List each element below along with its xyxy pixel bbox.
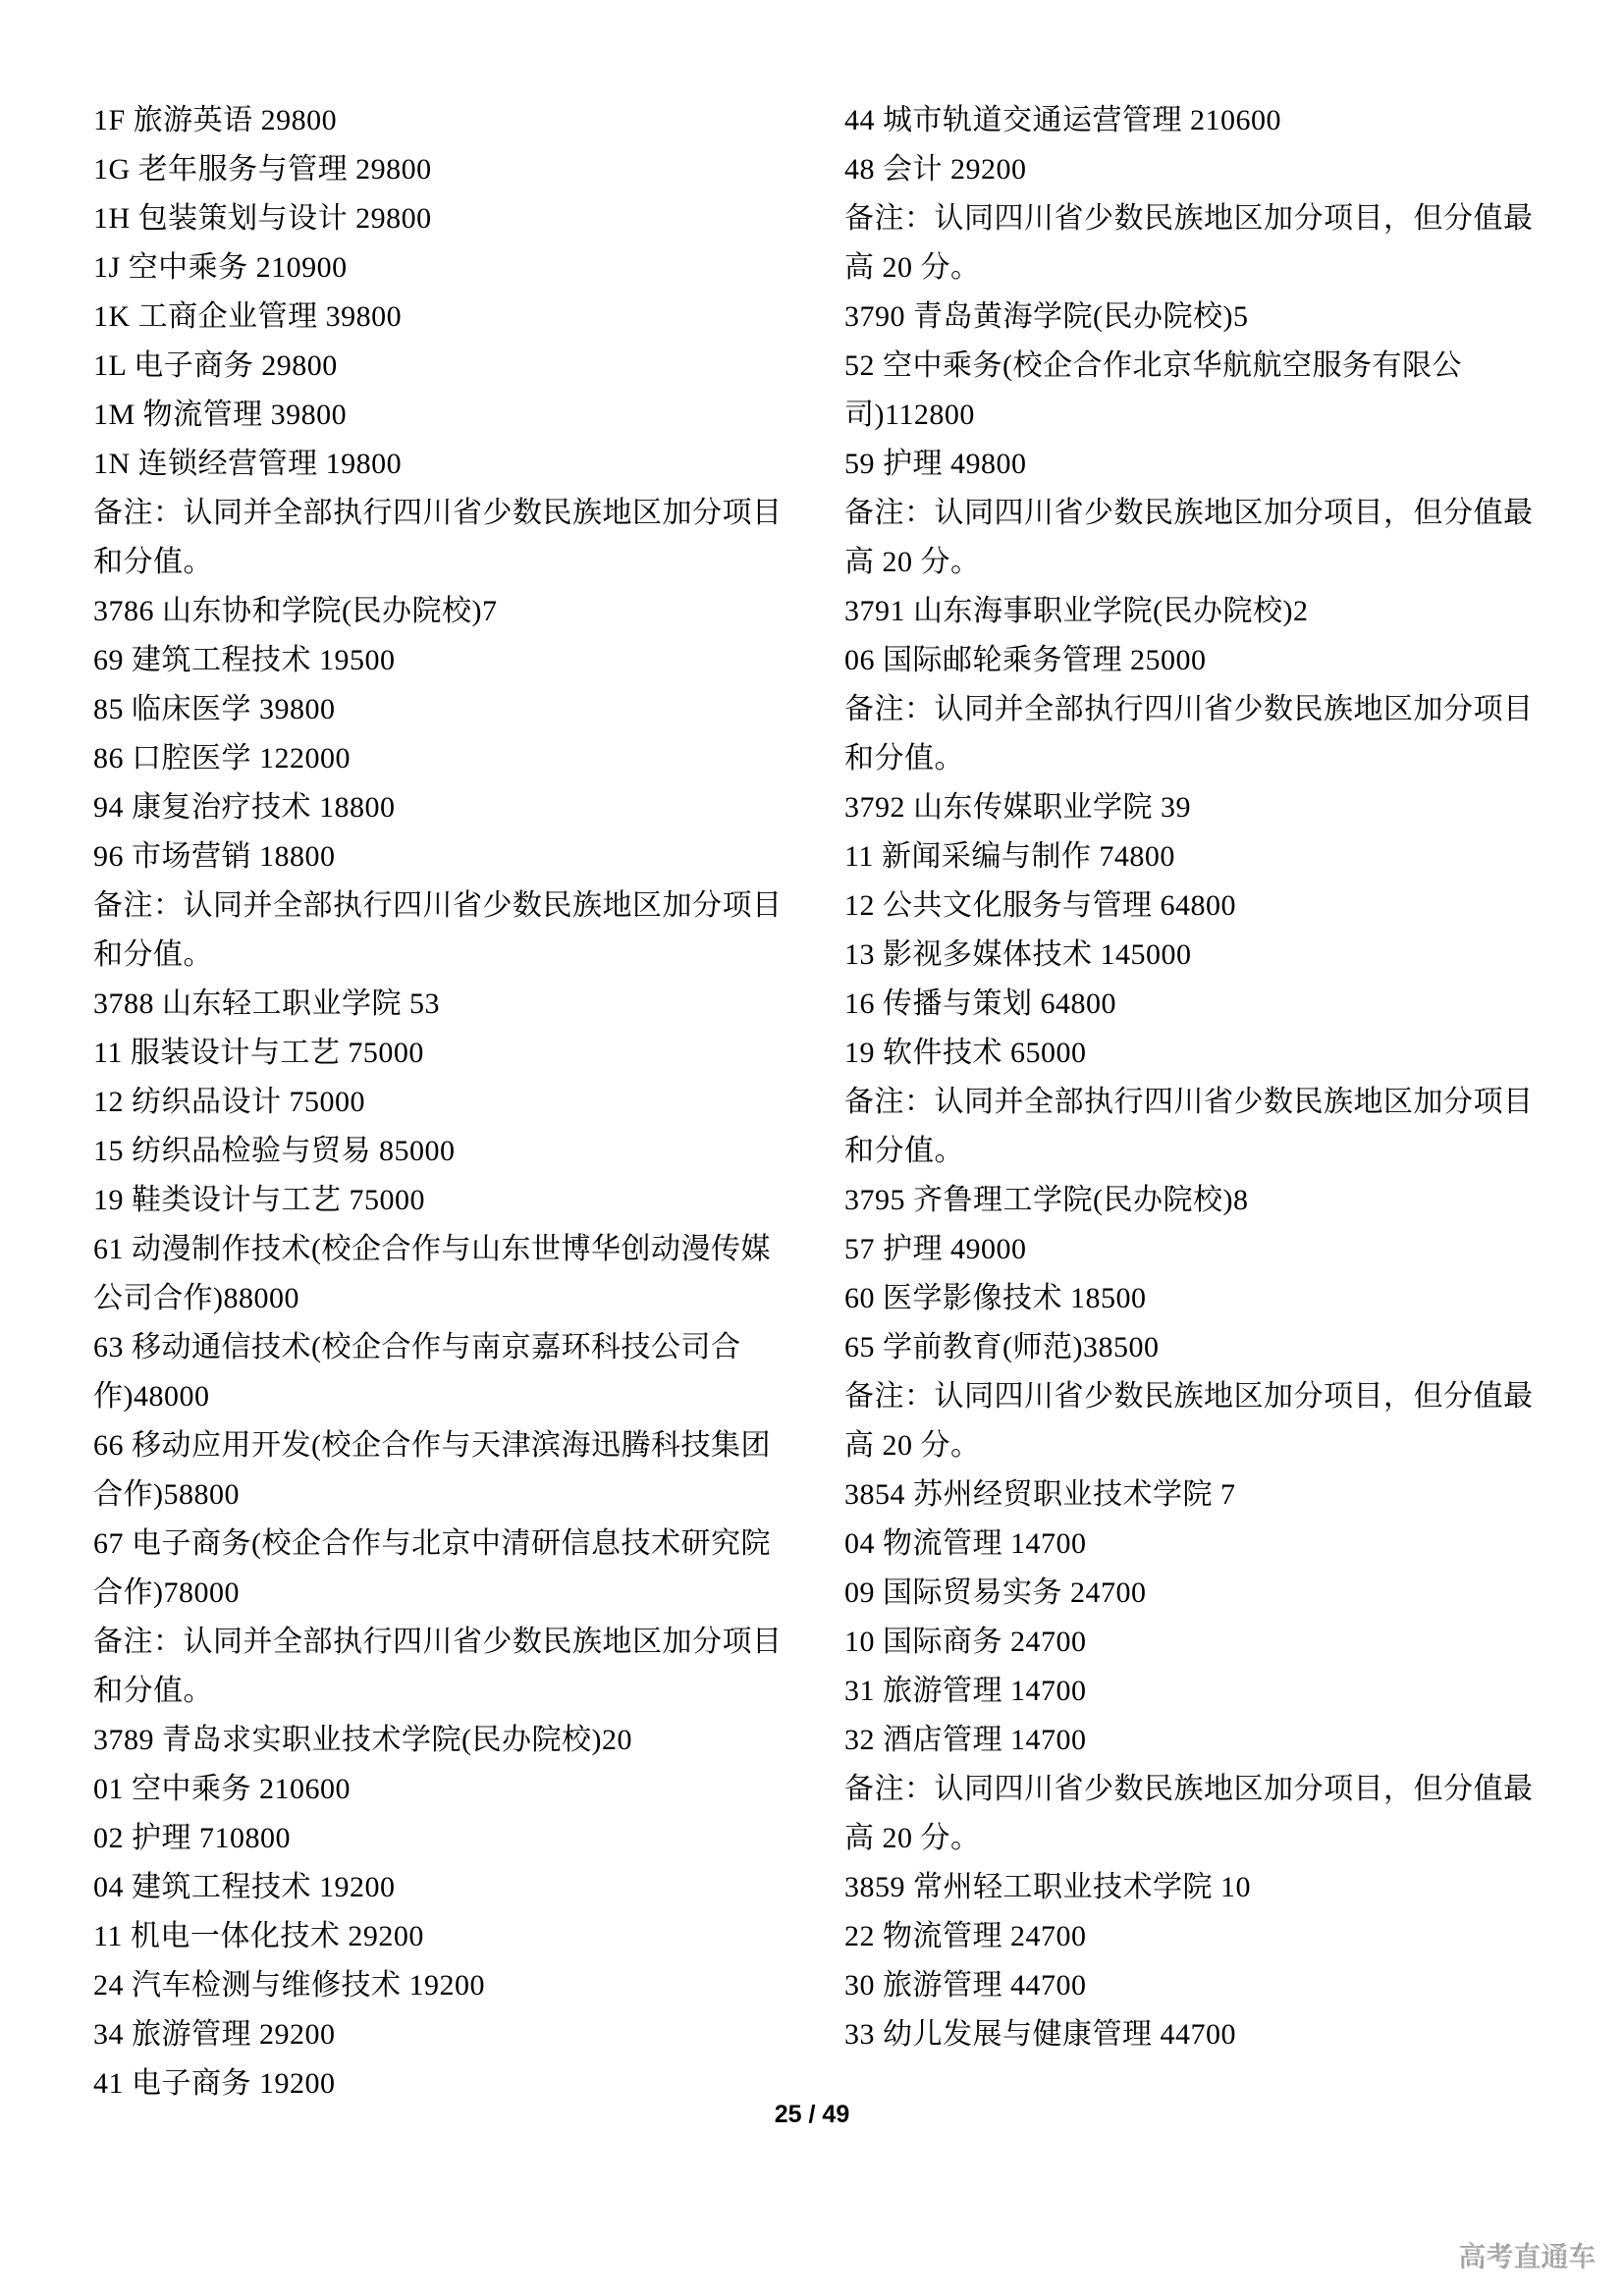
text-line: 34 旅游管理 29200	[93, 2010, 796, 2059]
text-line: 1J 空中乘务 210900	[93, 243, 796, 293]
text-line: 1H 包装策划与设计 29800	[93, 194, 796, 243]
text-line: 和分值。	[93, 1667, 796, 1716]
text-line: 52 空中乘务(校企合作北京华航航空服务有限公	[844, 342, 1547, 391]
text-line: 04 建筑工程技术 19200	[93, 1863, 796, 1912]
text-line: 11 新闻采编与制作 74800	[844, 832, 1547, 881]
text-line: 合作)58800	[93, 1470, 796, 1520]
text-line: 备注：认同并全部执行四川省少数民族地区加分项目	[844, 1078, 1547, 1127]
text-line: 1F 旅游英语 29800	[93, 96, 796, 145]
text-line: 09 国际贸易实务 24700	[844, 1569, 1547, 1618]
text-line: 65 学前教育(师范)38500	[844, 1323, 1547, 1372]
text-line: 60 医学影像技术 18500	[844, 1274, 1547, 1323]
text-line: 24 汽车检测与维修技术 19200	[93, 1961, 796, 2010]
text-line: 63 移动通信技术(校企合作与南京嘉环科技公司合	[93, 1323, 796, 1372]
text-line: 1G 老年服务与管理 29800	[93, 145, 796, 194]
text-line: 13 影视多媒体技术 145000	[844, 931, 1547, 980]
text-line: 10 国际商务 24700	[844, 1618, 1547, 1667]
text-line: 备注：认同四川省少数民族地区加分项目，但分值最	[844, 194, 1547, 243]
text-line: 1M 物流管理 39800	[93, 391, 796, 440]
text-line: 69 建筑工程技术 19500	[93, 636, 796, 685]
text-line: 94 康复治疗技术 18800	[93, 783, 796, 832]
watermark-text: 高考直通车	[1459, 2236, 1597, 2275]
text-line: 备注：认同四川省少数民族地区加分项目，但分值最	[844, 1372, 1547, 1421]
text-line: 和分值。	[93, 931, 796, 980]
text-line: 和分值。	[93, 538, 796, 587]
text-line: 96 市场营销 18800	[93, 832, 796, 881]
text-line: 12 公共文化服务与管理 64800	[844, 881, 1547, 931]
text-line: 3792 山东传媒职业学院 39	[844, 783, 1547, 832]
text-line: 61 动漫制作技术(校企合作与山东世博华创动漫传媒	[93, 1225, 796, 1274]
text-line: 1K 工商企业管理 39800	[93, 293, 796, 342]
text-line: 3786 山东协和学院(民办院校)7	[93, 587, 796, 636]
text-line: 备注：认同并全部执行四川省少数民族地区加分项目	[93, 881, 796, 931]
text-line: 高 20 分。	[844, 1421, 1547, 1470]
text-line: 高 20 分。	[844, 1814, 1547, 1863]
text-line: 3854 苏州经贸职业技术学院 7	[844, 1470, 1547, 1520]
text-line: 3789 青岛求实职业技术学院(民办院校)20	[93, 1716, 796, 1765]
text-line: 67 电子商务(校企合作与北京中清研信息技术研究院	[93, 1520, 796, 1569]
text-line: 02 护理 710800	[93, 1814, 796, 1863]
text-line: 司)112800	[844, 391, 1547, 440]
text-line: 备注：认同并全部执行四川省少数民族地区加分项目	[93, 489, 796, 538]
text-line: 3788 山东轻工职业学院 53	[93, 980, 796, 1029]
text-line: 高 20 分。	[844, 243, 1547, 293]
text-line: 11 服装设计与工艺 75000	[93, 1029, 796, 1078]
text-line: 备注：认同并全部执行四川省少数民族地区加分项目	[93, 1618, 796, 1667]
text-line: 19 鞋类设计与工艺 75000	[93, 1176, 796, 1225]
text-line: 04 物流管理 14700	[844, 1520, 1547, 1569]
text-line: 和分值。	[844, 1127, 1547, 1176]
text-line: 3791 山东海事职业学院(民办院校)2	[844, 587, 1547, 636]
text-line: 66 移动应用开发(校企合作与天津滨海迅腾科技集团	[93, 1421, 796, 1470]
text-line: 公司合作)88000	[93, 1274, 796, 1323]
text-line: 合作)78000	[93, 1569, 796, 1618]
text-line: 11 机电一体化技术 29200	[93, 1912, 796, 1961]
text-line: 19 软件技术 65000	[844, 1029, 1547, 1078]
text-line: 86 口腔医学 122000	[93, 734, 796, 783]
text-line: 44 城市轨道交通运营管理 210600	[844, 96, 1547, 145]
text-line: 3795 齐鲁理工学院(民办院校)8	[844, 1176, 1547, 1225]
text-line: 3859 常州轻工职业技术学院 10	[844, 1863, 1547, 1912]
text-line: 59 护理 49800	[844, 440, 1547, 489]
text-line: 高 20 分。	[844, 538, 1547, 587]
text-line: 31 旅游管理 14700	[844, 1667, 1547, 1716]
text-line: 06 国际邮轮乘务管理 25000	[844, 636, 1547, 685]
left-text-column: 1F 旅游英语 298001G 老年服务与管理 298001H 包装策划与设计 …	[93, 96, 796, 2109]
text-line: 22 物流管理 24700	[844, 1912, 1547, 1961]
text-line: 1N 连锁经营管理 19800	[93, 440, 796, 489]
text-line: 15 纺织品检验与贸易 85000	[93, 1127, 796, 1176]
text-line: 12 纺织品设计 75000	[93, 1078, 796, 1127]
text-line: 30 旅游管理 44700	[844, 1961, 1547, 2010]
text-line: 32 酒店管理 14700	[844, 1716, 1547, 1765]
right-text-column: 44 城市轨道交通运营管理 21060048 会计 29200备注：认同四川省少…	[844, 96, 1547, 2059]
text-line: 备注：认同并全部执行四川省少数民族地区加分项目	[844, 685, 1547, 734]
text-line: 备注：认同四川省少数民族地区加分项目，但分值最	[844, 489, 1547, 538]
text-line: 作)48000	[93, 1372, 796, 1421]
text-line: 1L 电子商务 29800	[93, 342, 796, 391]
page-number: 25 / 49	[0, 2101, 1624, 2129]
text-line: 01 空中乘务 210600	[93, 1765, 796, 1814]
text-line: 3790 青岛黄海学院(民办院校)5	[844, 293, 1547, 342]
text-line: 33 幼儿发展与健康管理 44700	[844, 2010, 1547, 2059]
document-page: 1F 旅游英语 298001G 老年服务与管理 298001H 包装策划与设计 …	[0, 0, 1624, 2296]
text-line: 57 护理 49000	[844, 1225, 1547, 1274]
text-line: 16 传播与策划 64800	[844, 980, 1547, 1029]
text-line: 和分值。	[844, 734, 1547, 783]
text-line: 85 临床医学 39800	[93, 685, 796, 734]
text-line: 备注：认同四川省少数民族地区加分项目，但分值最	[844, 1765, 1547, 1814]
text-line: 48 会计 29200	[844, 145, 1547, 194]
